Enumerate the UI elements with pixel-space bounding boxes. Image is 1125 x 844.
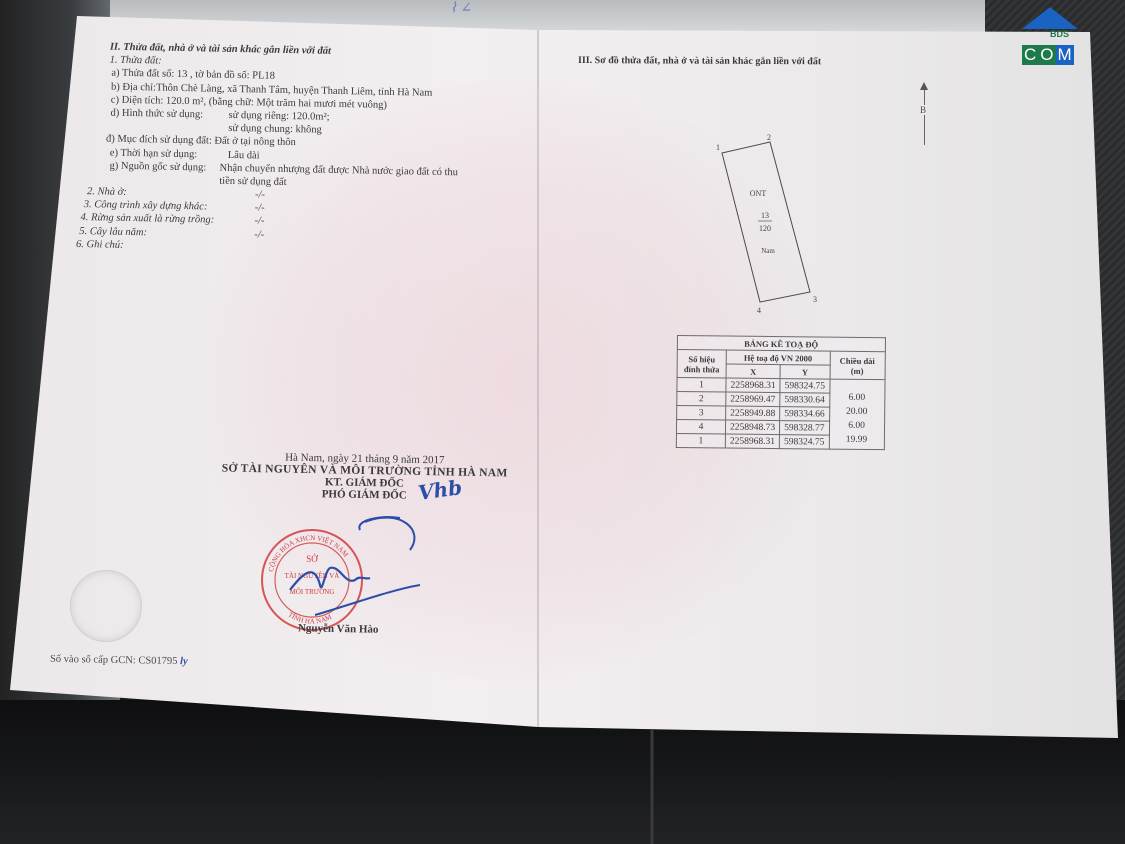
vertex-1: 1 (716, 143, 720, 152)
logo-text: C O M (1022, 45, 1074, 65)
item-value: -/- (255, 188, 265, 201)
col-y: Y (780, 365, 830, 380)
vertex-4: 4 (757, 306, 761, 315)
coordinate-table: BẢNG KÊ TOẠ ĐỘ Số hiệu đỉnh thửa Hệ toạ … (676, 335, 886, 450)
item-label: 3. Công trình xây dựng khác: (84, 199, 208, 212)
fabric-fold (650, 730, 654, 844)
cell-vertex: 3 (677, 406, 726, 421)
usage-form-label: d) Hình thức sử dụng: (110, 108, 203, 121)
cell-x: 2258948.73 (725, 420, 779, 435)
length-4-1: 19.99 (833, 432, 879, 446)
north-arrow-line (924, 85, 925, 145)
vertex-3: 3 (813, 295, 817, 304)
cell-x: 2258949.88 (726, 406, 780, 421)
cell-vertex: 1 (677, 378, 726, 393)
north-label: B (920, 105, 926, 115)
logo-letter: C (1022, 45, 1038, 65)
item-label: 5. Cây lâu năm: (79, 226, 147, 238)
usage-origin-label: g) Nguồn gốc sử dụng: (109, 160, 206, 173)
cell-y: 598330.64 (780, 393, 830, 408)
cell-vertex: 1 (676, 433, 725, 448)
left-page: II. Thửa đất, nhà ở và tài sản khác gắn … (76, 40, 530, 260)
north-arrow-icon (920, 82, 928, 90)
usage-origin-value-2: tiền sử dụng đất (219, 175, 286, 189)
owner-label: Nam (761, 247, 775, 255)
length-1-2: 6.00 (834, 390, 880, 404)
land-type: ONT (750, 189, 767, 198)
cell-x: 2258968.31 (725, 434, 779, 449)
col-length: Chiều dài (m) (830, 351, 885, 380)
item-label: 4. Rừng sản xuất là rừng trồng: (80, 212, 214, 226)
col-vertex: Số hiệu đỉnh thửa (677, 350, 726, 379)
item-value: -/- (255, 202, 265, 215)
item-value: -/- (254, 215, 264, 228)
parcel-number-label: 13 (761, 211, 769, 220)
registry-mark: ly (180, 656, 188, 667)
stamp-line-1: SỞ (306, 554, 318, 564)
cell-x: 2258969.47 (726, 392, 780, 407)
col-x: X (726, 364, 780, 379)
item-label: 6. Ghi chú: (76, 239, 124, 251)
cell-y: 598334.66 (780, 407, 830, 422)
house-roof-icon (1022, 7, 1078, 29)
registry-label: Số vào sổ cấp GCN: (50, 654, 136, 666)
registry-value: CS01795 (138, 655, 177, 667)
cell-y: 598324.75 (780, 379, 830, 394)
official-stamp: SỞ TÀI NGUYÊN VÀ MÔI TRƯỜNG CỘNG HÒA XHC… (260, 510, 430, 640)
usage-term-value: Lâu dài (228, 148, 260, 162)
site-logo: BDS C O M (1020, 5, 1082, 63)
signer-name: Nguyễn Văn Hào (298, 622, 379, 635)
item-label: 2. Nhà ở: (87, 186, 127, 198)
signature-block: Hà Nam, ngày 21 tháng 9 năm 2017 SỞ TÀI … (194, 450, 535, 504)
page-fold (537, 30, 539, 727)
cell-y: 598328.77 (780, 421, 830, 436)
length-2-3: 20.00 (834, 404, 880, 418)
lengths-cell: 6.00 20.00 6.00 19.99 (829, 379, 885, 450)
cell-y: 598324.75 (779, 435, 829, 450)
length-3-4: 6.00 (833, 418, 879, 432)
cell-x: 2258968.31 (726, 378, 780, 393)
cell-vertex: 4 (676, 420, 725, 435)
usage-term-label: e) Thời hạn sử dụng: (110, 147, 198, 160)
cell-vertex: 2 (677, 392, 726, 407)
logo-letter: O (1038, 45, 1055, 65)
vertex-2: 2 (767, 133, 771, 142)
stamp-line-3: MÔI TRƯỜNG (290, 588, 335, 596)
col-system: Hệ toạ độ VN 2000 (726, 350, 830, 365)
parcel-area-label: 120 (759, 224, 771, 233)
handwriting-scribble: ⌇ ∠ (450, 0, 472, 17)
item-value: -/- (254, 228, 264, 241)
logo-letter: M (1056, 45, 1074, 65)
parcel-diagram: 1 2 3 4 ONT 13 120 Nam (700, 130, 840, 320)
embossed-seal (70, 570, 142, 642)
logo-sub: BDS (1050, 29, 1069, 39)
